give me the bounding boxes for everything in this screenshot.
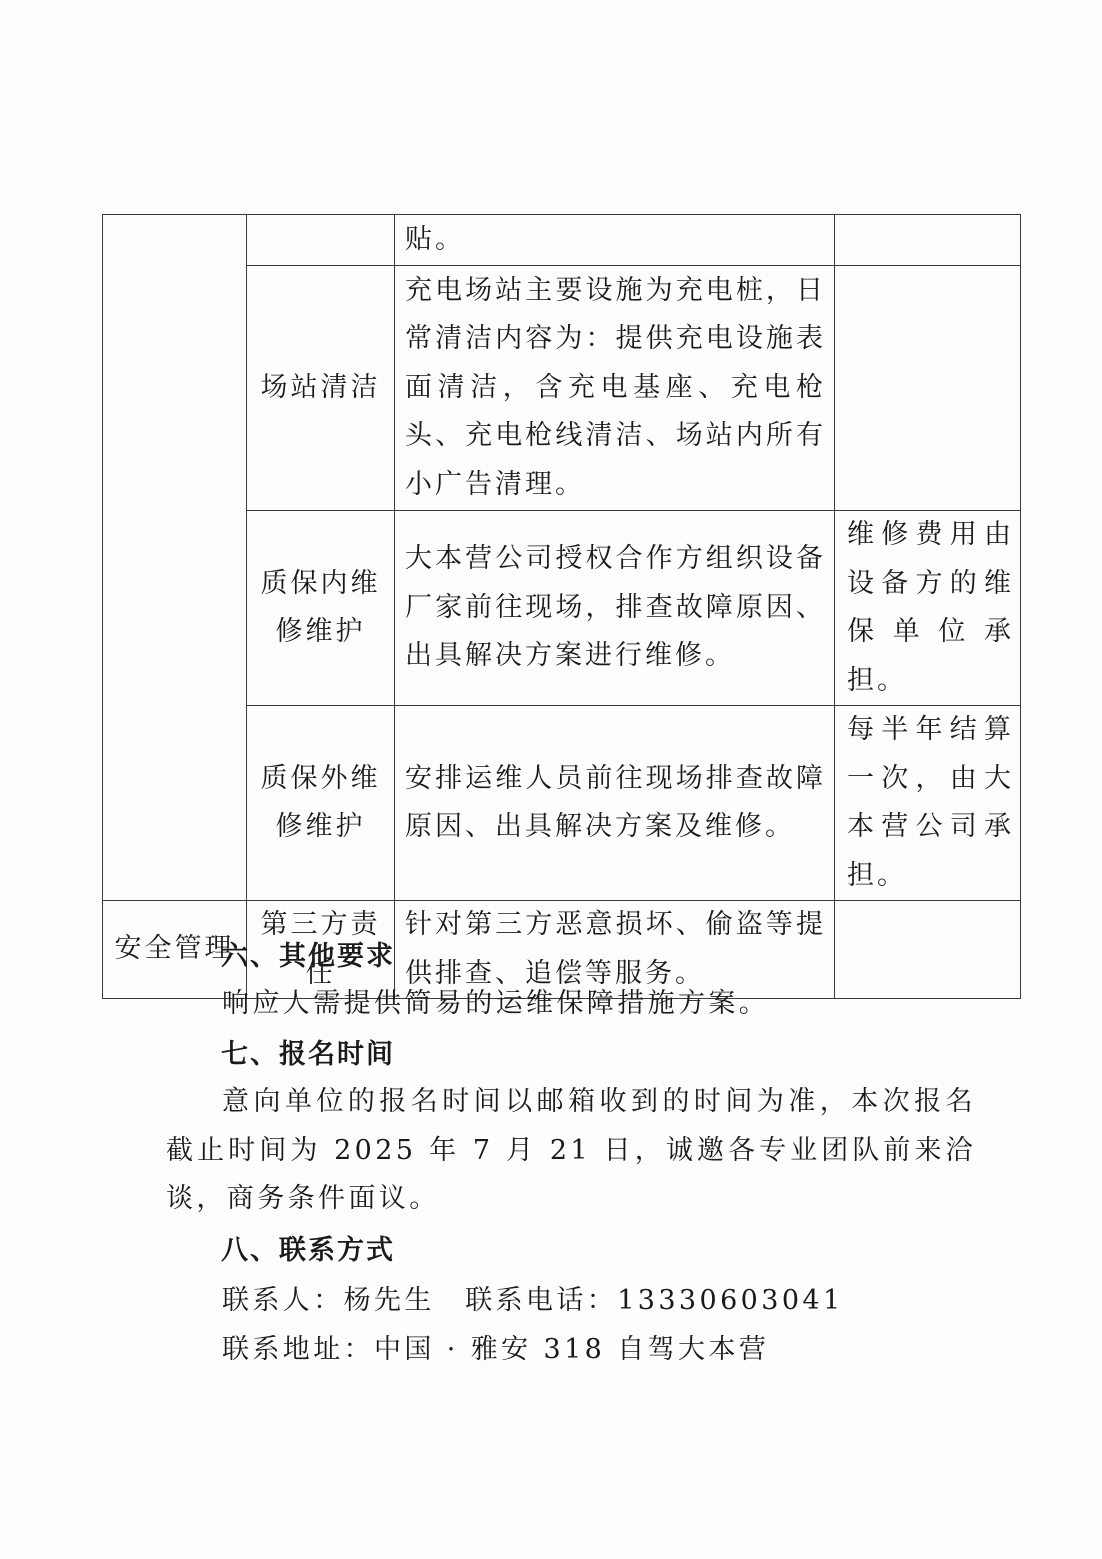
section-heading-registration-time: 七、报名时间: [221, 1032, 395, 1071]
table-cell-note: 维修费用由设备方的维保单位承担。: [835, 511, 1021, 706]
section-heading-other-requirements: 六、其他要求: [221, 934, 395, 973]
table-cell-content: 安排运维人员前往现场排查故障原因、出具解决方案及维修。: [395, 706, 835, 901]
table-cell-content: 充电场站主要设施为充电桩，日常清洁内容为：提供充电设施表面清洁，含充电基座、充电…: [395, 266, 835, 511]
table-cell-note: [835, 215, 1021, 266]
document-page: 贴。 场站清洁 充电场站主要设施为充电桩，日常清洁内容为：提供充电设施表面清洁，…: [0, 0, 1102, 1559]
table-cell-item: [247, 215, 395, 266]
table-cell-item: 质保内维修维护: [247, 511, 395, 706]
table-cell-note: [835, 266, 1021, 511]
table-cell-content: 大本营公司授权合作方组织设备厂家前往现场，排查故障原因、出具解决方案进行维修。: [395, 511, 835, 706]
table-row: 贴。: [103, 215, 1021, 266]
table-cell-content: 贴。: [395, 215, 835, 266]
other-requirements-text: 响应人需提供简易的运维保障措施方案。: [166, 980, 976, 1029]
section-heading-contact: 八、联系方式: [221, 1228, 395, 1267]
table-cell-category: [103, 215, 247, 901]
registration-time-text: 意向单位的报名时间以邮箱收到的时间为准，本次报名截止时间为 2025 年 7 月…: [166, 1078, 976, 1224]
contact-address-line: 联系地址：中国 · 雅安 318 自驾大本营: [222, 1327, 769, 1366]
table-cell-item: 质保外维修维护: [247, 706, 395, 901]
contact-person-line: 联系人：杨先生 联系电话：13330603041: [222, 1278, 844, 1317]
service-table: 贴。 场站清洁 充电场站主要设施为充电桩，日常清洁内容为：提供充电设施表面清洁，…: [102, 214, 1021, 999]
table-cell-item: 场站清洁: [247, 266, 395, 511]
table-cell-note: 每半年结算一次，由大本营公司承担。: [835, 706, 1021, 901]
